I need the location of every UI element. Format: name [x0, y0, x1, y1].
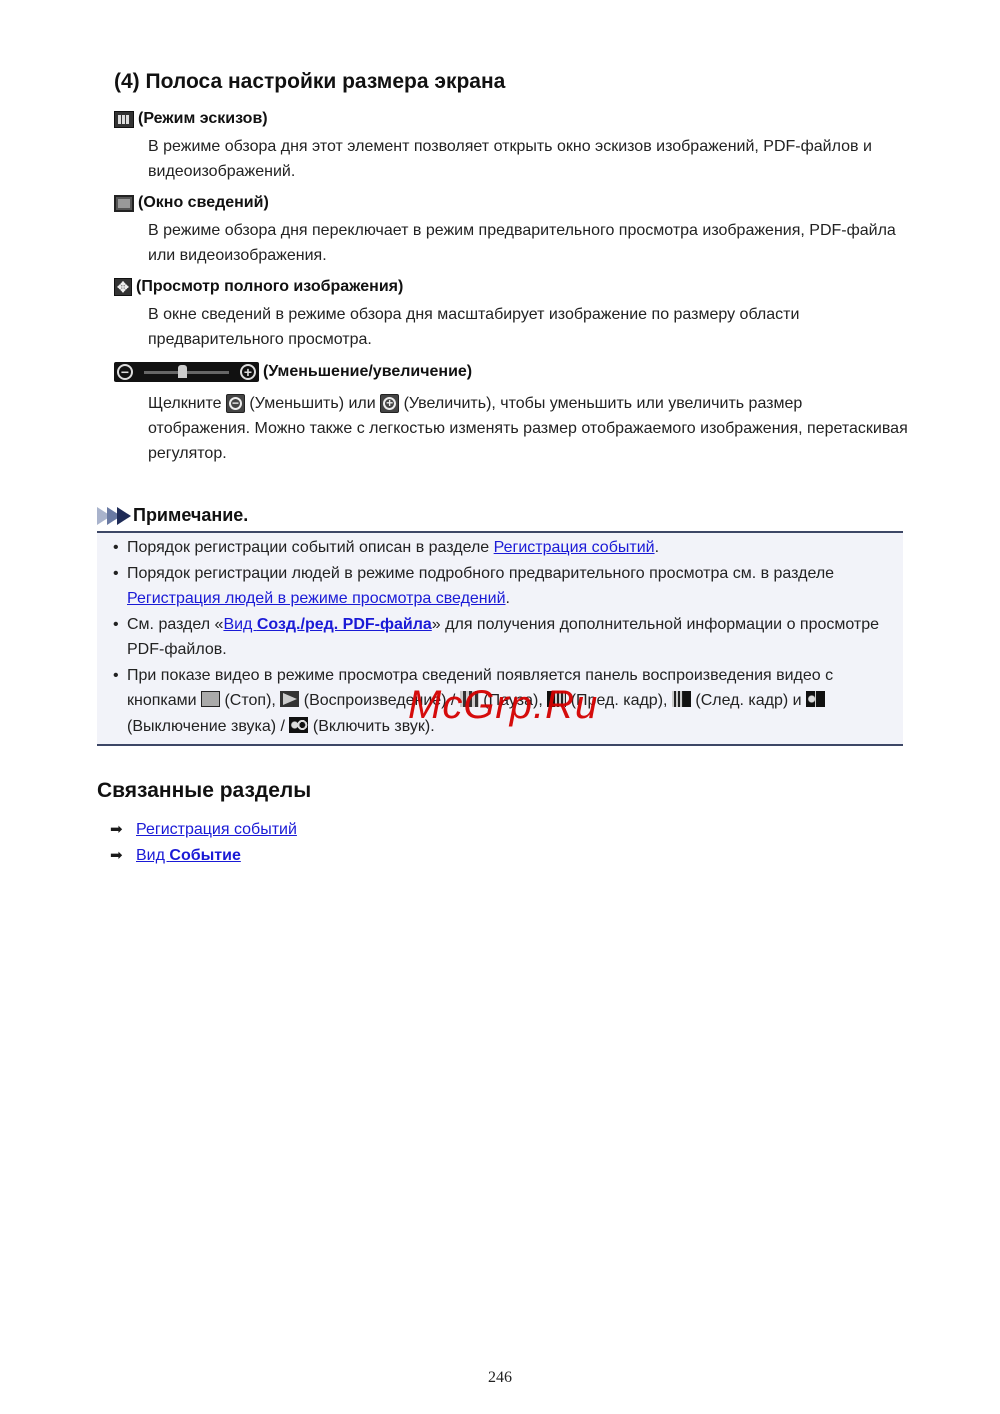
note-item: Порядок регистрации событий описан в раз…: [113, 535, 893, 561]
arrow-right-icon: ➡: [110, 817, 124, 843]
item-title: (Режим эскизов): [138, 110, 268, 128]
item-title: (Просмотр полного изображения): [136, 278, 403, 296]
note-item: См. раздел «Вид Созд./ред. PDF-файла» дл…: [113, 612, 893, 663]
note-header: Примечание.: [97, 505, 248, 526]
item-description: В режиме обзора дня этот элемент позволя…: [148, 134, 908, 184]
item-zoom: − + (Уменьшение/увеличение): [114, 362, 472, 382]
details-window-icon: [114, 195, 134, 212]
link-pdf-edit-view[interactable]: Вид Созд./ред. PDF-файла: [223, 616, 431, 633]
zoom-out-button-icon: −: [226, 394, 245, 413]
item-description: В режиме обзора дня переключает в режим …: [148, 218, 908, 268]
item-description: Щелкните − (Уменьшить) или + (Увеличить)…: [148, 391, 908, 466]
play-icon: [280, 691, 299, 707]
related-item: ➡ Вид Событие: [110, 843, 297, 869]
related-title: Связанные разделы: [97, 779, 311, 803]
page-number: 246: [0, 1369, 1000, 1387]
full-image-view-icon: ✥: [114, 278, 132, 296]
related-link-event-registration[interactable]: Регистрация событий: [136, 817, 297, 843]
related-list: ➡ Регистрация событий ➡ Вид Событие: [110, 817, 297, 868]
item-description: В окне сведений в режиме обзора дня масш…: [148, 302, 908, 352]
watermark: McGrp.Ru: [408, 683, 598, 728]
zoom-slider-icon: − +: [114, 362, 259, 382]
note-chevrons-icon: [97, 507, 127, 525]
arrow-right-icon: ➡: [110, 843, 124, 869]
link-event-registration[interactable]: Регистрация событий: [494, 539, 655, 556]
sound-off-icon: [289, 717, 308, 733]
section-title: (4) Полоса настройки размера экрана: [114, 70, 505, 94]
note-title: Примечание.: [133, 505, 248, 526]
zoom-in-button-icon: +: [380, 394, 399, 413]
stop-icon: [201, 691, 220, 707]
item-thumbnail-mode: (Режим эскизов): [114, 110, 268, 128]
next-frame-icon: [672, 691, 691, 707]
sound-on-icon: [806, 691, 825, 707]
thumbnail-mode-icon: [114, 111, 134, 128]
item-title: (Уменьшение/увеличение): [263, 363, 472, 381]
note-item: Порядок регистрации людей в режиме подро…: [113, 561, 893, 612]
item-full-image-view: ✥ (Просмотр полного изображения): [114, 278, 403, 296]
item-details-window: (Окно сведений): [114, 194, 269, 212]
link-people-registration[interactable]: Регистрация людей в режиме просмотра све…: [127, 590, 506, 607]
zoom-out-icon: −: [117, 364, 133, 380]
related-item: ➡ Регистрация событий: [110, 817, 297, 843]
zoom-in-icon: +: [240, 364, 256, 380]
item-title: (Окно сведений): [138, 194, 269, 212]
zoom-knob: [178, 365, 187, 378]
related-link-event-view[interactable]: Вид Событие: [136, 843, 241, 869]
